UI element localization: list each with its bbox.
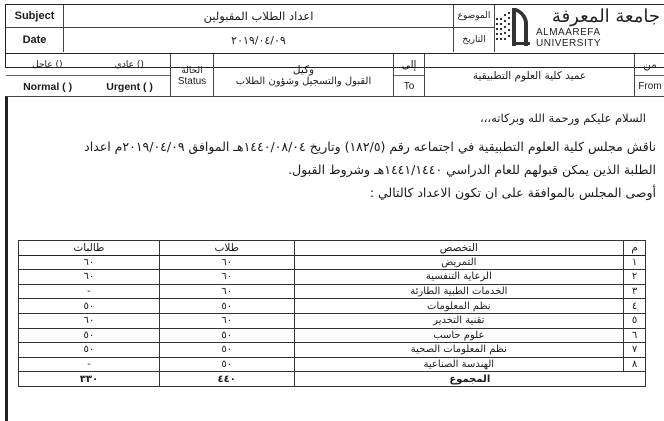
row-index: ٨ (624, 357, 646, 372)
table-row: ٦ علوم حاسب ٥٠ ٥٠ (19, 328, 646, 343)
table-row: ٥ تقنية التخدير ٦٠ ٦٠ (19, 313, 646, 328)
university-logo: جامعة المعرفة ALMAAREFA UNIVERSITY (494, 5, 664, 51)
normal-checkbox[interactable]: Normal ( ) (23, 81, 72, 93)
row-index: ١ (624, 255, 646, 270)
table-row: ١ التمريض ٦٠ ٦٠ (19, 255, 646, 270)
table-row: ٨ الهندسة الصناعية ٥٠ - (19, 357, 646, 372)
greeting: السلام عليكم ورحمة الله وبركاته،،، (480, 111, 646, 125)
table-row: ٢ الرعاية التنفسية ٦٠ ٦٠ (19, 270, 646, 285)
total-label: المجموع (294, 372, 645, 387)
row-female: - (19, 284, 160, 299)
from-label-en: From (635, 76, 664, 97)
table-total-row: المجموع ٤٤٠ ٣٣٠ (19, 372, 646, 387)
col-specialty-header: التخصص (294, 241, 623, 256)
row-female: ٥٠ (19, 299, 160, 314)
university-name-ar: جامعة المعرفة (552, 7, 660, 27)
building-logo-icon (494, 8, 532, 48)
paragraph-line-2: الطلبة الذين يمكن قبولهم للعام الدراسي ١… (288, 162, 656, 177)
status-label-en: Status (171, 76, 213, 98)
row-female: ٦٠ (19, 270, 160, 285)
row-specialty: علوم حاسب (294, 328, 623, 343)
university-name-en: ALMAAREFA UNIVERSITY (536, 27, 660, 49)
row-index: ٧ (624, 343, 646, 358)
date-label-ar: التاريخ (454, 28, 495, 52)
subject-row: Subject اعداد الطلاب المقبولين الموضوع (6, 5, 495, 28)
status-label-cell: الحالة Status (171, 54, 214, 97)
row-specialty: التمريض (294, 255, 623, 270)
normal-ar: عادي () (115, 60, 144, 70)
row-male: ٥٠ (159, 299, 294, 314)
row-index: ٢ (624, 270, 646, 285)
table-row: ٤ نظم المعلومات ٥٠ ٥٠ (19, 299, 646, 314)
memo-header: Subject اعداد الطلاب المقبولين الموضوع D… (5, 4, 664, 68)
subject-value: اعداد الطلاب المقبولين (64, 5, 454, 27)
row-female: ٦٠ (19, 313, 160, 328)
row-male: ٥٠ (159, 328, 294, 343)
from-label-cell: من From (635, 54, 664, 97)
col-index-header: م (624, 241, 646, 256)
row-index: ٦ (624, 328, 646, 343)
row-specialty: تقنية التخدير (294, 313, 623, 328)
to-label-ar: إلى (394, 54, 424, 76)
row-index: ٤ (624, 299, 646, 314)
routing-row: عاجل () عادي () Normal ( ) Urgent ( ) ال… (6, 53, 664, 97)
to-value-line1: وكيل (214, 54, 393, 76)
paragraph-line-3: أوصى المجلس بالموافقة على ان تكون الاعدا… (370, 185, 656, 200)
row-male: ٦٠ (159, 270, 294, 285)
to-label-en: To (394, 76, 424, 97)
urgent-checkbox[interactable]: Urgent ( ) (106, 81, 153, 93)
table-header-row: م التخصص طلاب طالبات (19, 241, 646, 256)
row-female: ٥٠ (19, 328, 160, 343)
row-specialty: الخدمات الطبية الطارئة (294, 284, 623, 299)
priority-cell: عاجل () عادي () Normal ( ) Urgent ( ) (6, 54, 171, 97)
to-value-cell: وكيل القبول والتسجيل وشؤون الطلاب (214, 54, 394, 97)
status-label-ar: الحالة (171, 54, 213, 76)
date-label-en: Date (6, 28, 64, 52)
row-female: ٦٠ (19, 255, 160, 270)
from-value: عميد كلية العلوم التطبيقية (425, 54, 635, 97)
col-male-header: طلاب (159, 241, 294, 256)
table-row: ٣ الخدمات الطبية الطارئة ٦٠ - (19, 284, 646, 299)
row-index: ٣ (624, 284, 646, 299)
row-female: ٥٠ (19, 343, 160, 358)
col-female-header: طالبات (19, 241, 160, 256)
row-specialty: الهندسة الصناعية (294, 357, 623, 372)
row-specialty: نظم المعلومات الصحية (294, 343, 623, 358)
urgent-ar: عاجل () (32, 60, 62, 70)
row-male: ٦٠ (159, 313, 294, 328)
admission-table: م التخصص طلاب طالبات ١ التمريض ٦٠ ٦٠ ٢ ا… (18, 240, 646, 387)
row-male: ٥٠ (159, 357, 294, 372)
row-female: - (19, 357, 160, 372)
subject-label-ar: الموضوع (454, 5, 495, 27)
row-male: ٦٠ (159, 284, 294, 299)
to-label-cell: إلى To (394, 54, 425, 97)
row-male: ٦٠ (159, 255, 294, 270)
row-index: ٥ (624, 313, 646, 328)
row-specialty: الرعاية التنفسية (294, 270, 623, 285)
from-label-ar: من (635, 54, 664, 76)
total-female: ٣٣٠ (19, 372, 160, 387)
subject-label-en: Subject (6, 5, 64, 27)
table-row: ٧ نظم المعلومات الصحية ٥٠ ٥٠ (19, 343, 646, 358)
date-value: ٢٠١٩/٠٤/٠٩ (64, 28, 454, 52)
date-row: Date ٢٠١٩/٠٤/٠٩ التاريخ (6, 28, 495, 52)
row-male: ٥٠ (159, 343, 294, 358)
paragraph-line-1: ناقش مجلس كلية العلوم التطبيقية في اجتما… (84, 139, 656, 154)
row-specialty: نظم المعلومات (294, 299, 623, 314)
total-male: ٤٤٠ (159, 372, 294, 387)
to-value-line2: القبول والتسجيل وشؤون الطلاب (214, 76, 393, 98)
